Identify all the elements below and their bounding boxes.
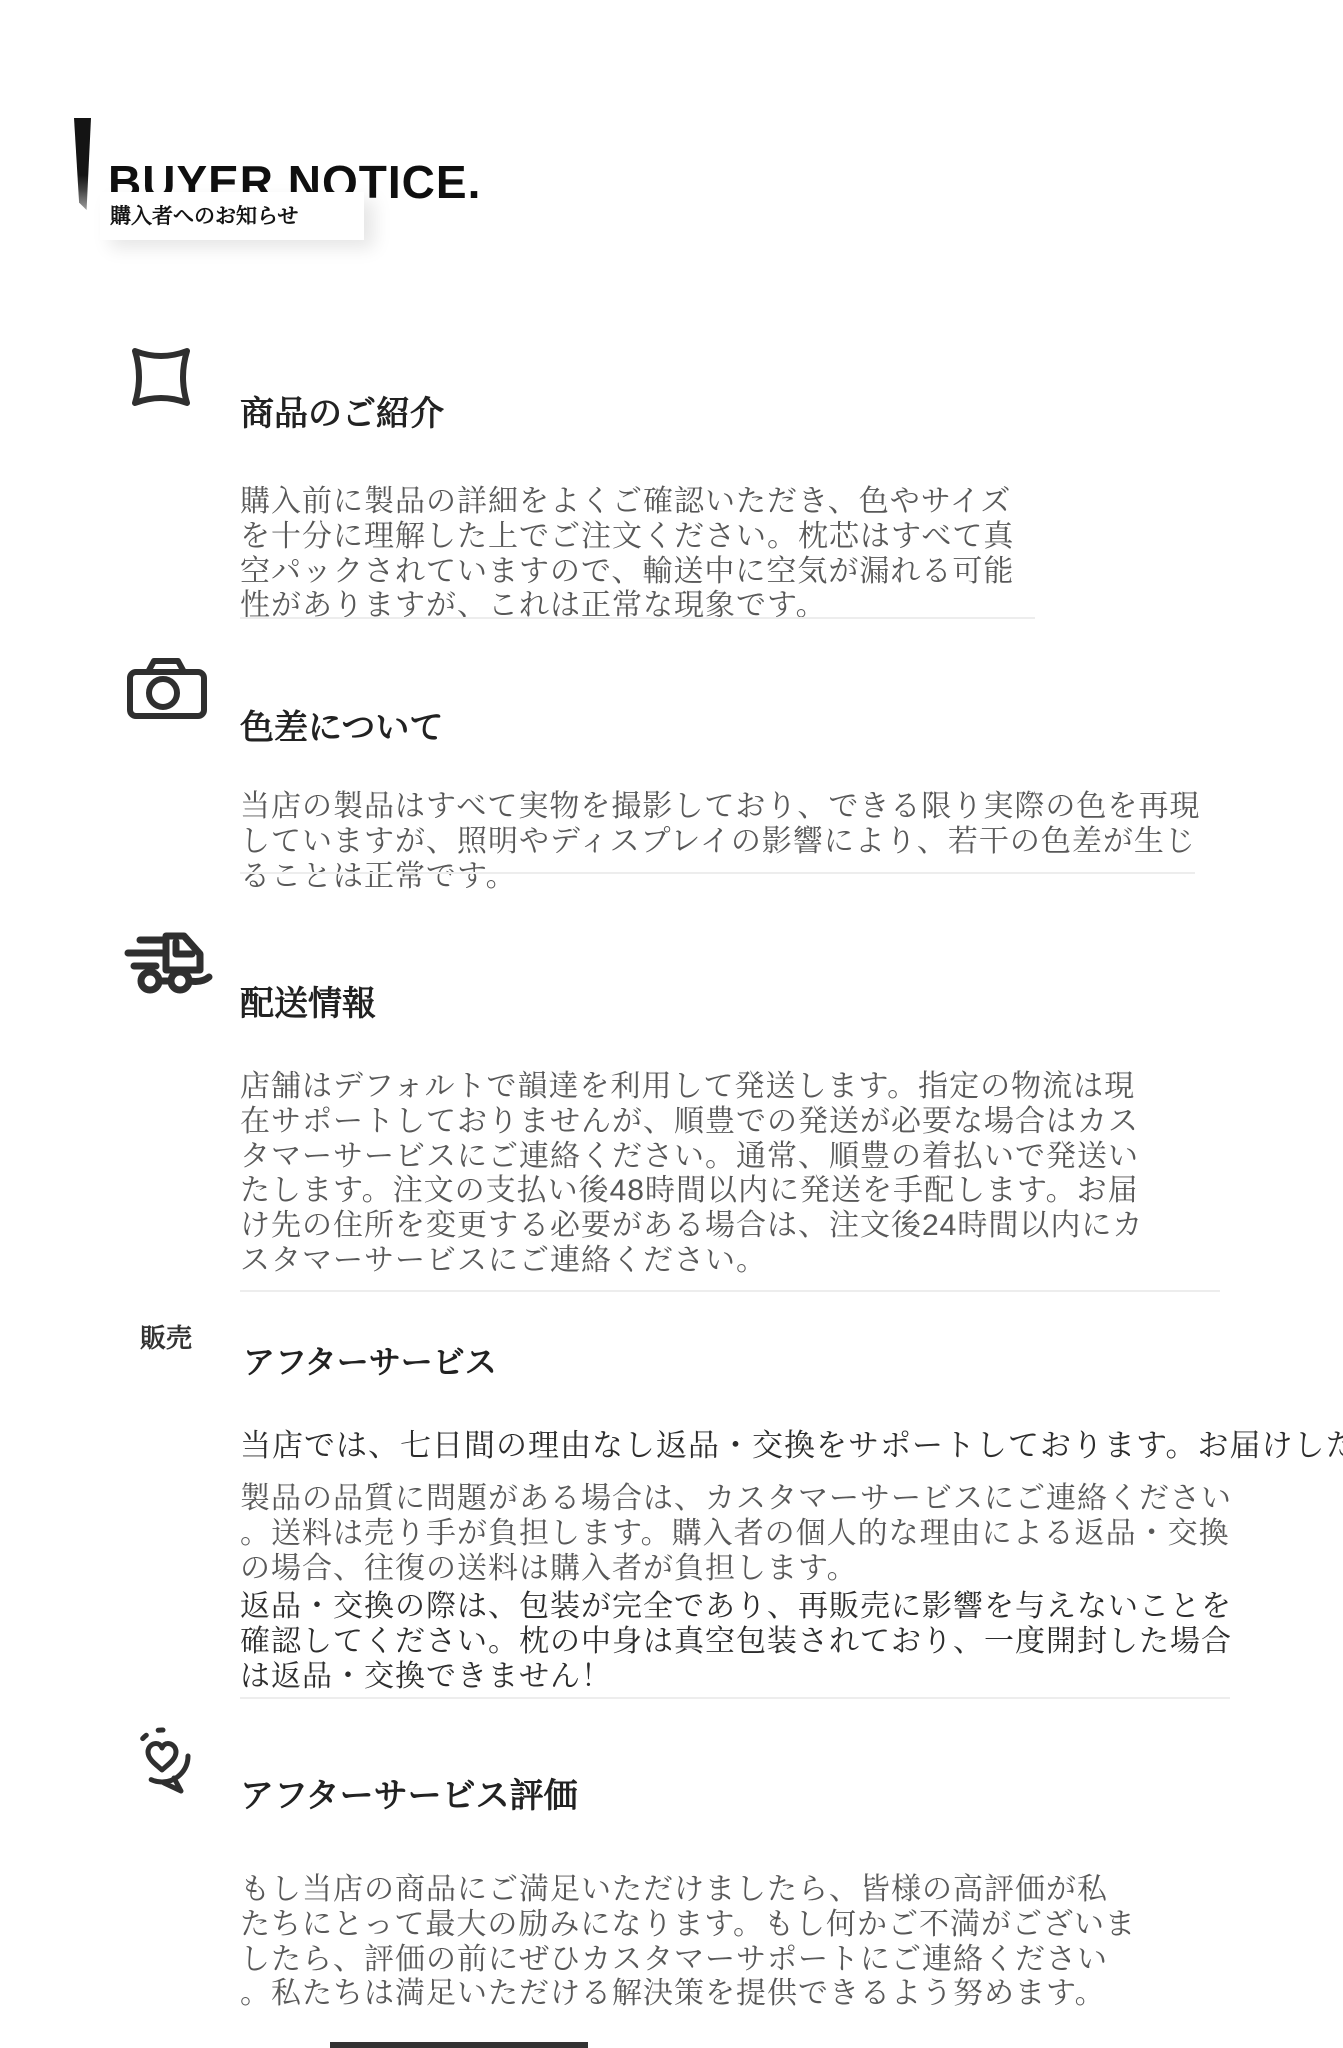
paragraph-product-intro: 購入前に製品の詳細をよくご確認いただき、色やサイズ を十分に理解した上でご注文く… — [240, 485, 1343, 624]
section-title-shipping-info: 配送情報 — [240, 976, 376, 1025]
delivery-truck-icon — [120, 928, 214, 996]
divider — [240, 617, 1035, 619]
paragraph-color-difference: 当店の製品はすべて実物を撮影しており、できる限り実際の色を再現 していますが、照… — [240, 790, 1343, 894]
paragraph-after-service-quality: 製品の品質に問題がある場合は、カスタマーサービスにご連絡ください 。送料は売り手… — [240, 1482, 1343, 1586]
divider — [240, 1697, 1230, 1699]
section-title-product-intro: 商品のご紹介 — [240, 386, 444, 435]
heart-chat-icon — [132, 1726, 192, 1794]
section-title-color-difference: 色差について — [240, 700, 443, 749]
bottom-cutoff-bar — [330, 2042, 588, 2048]
paragraph-shipping-info: 店舗はデフォルトで韻達を利用して発送します。指定の物流は現 在サポートしておりま… — [240, 1070, 1343, 1279]
section-title-after-service-rating: アフターサービス評価 — [240, 1768, 578, 1817]
buyer-notice-page: BUYER NOTICE. 購入者へのお知らせ 商品のご紹介 購入前に製品の詳細… — [0, 0, 1343, 2048]
camera-icon — [126, 656, 208, 722]
page-subtitle: 購入者へのお知らせ — [100, 192, 364, 240]
sales-label: 販売 — [140, 1318, 192, 1355]
section-title-after-service: アフターサービス — [243, 1337, 497, 1383]
paragraph-after-service-rating: もし当店の商品にご満足いただけましたら、皆様の高評価が私 たちにとって最大の励み… — [240, 1873, 1343, 2012]
brush-accent-bar — [74, 118, 91, 210]
paragraph-after-service-intro: 当店では、七日間の理由なし返品・交換をサポートしております。お届けした商品 — [240, 1429, 1343, 1464]
paragraph-after-service-return-warning: 返品・交換の際は、包装が完全であり、再販売に影響を与えないことを 確認してくださ… — [240, 1590, 1343, 1694]
divider — [240, 872, 1195, 874]
pillow-icon — [128, 344, 194, 410]
divider — [240, 1290, 1220, 1292]
